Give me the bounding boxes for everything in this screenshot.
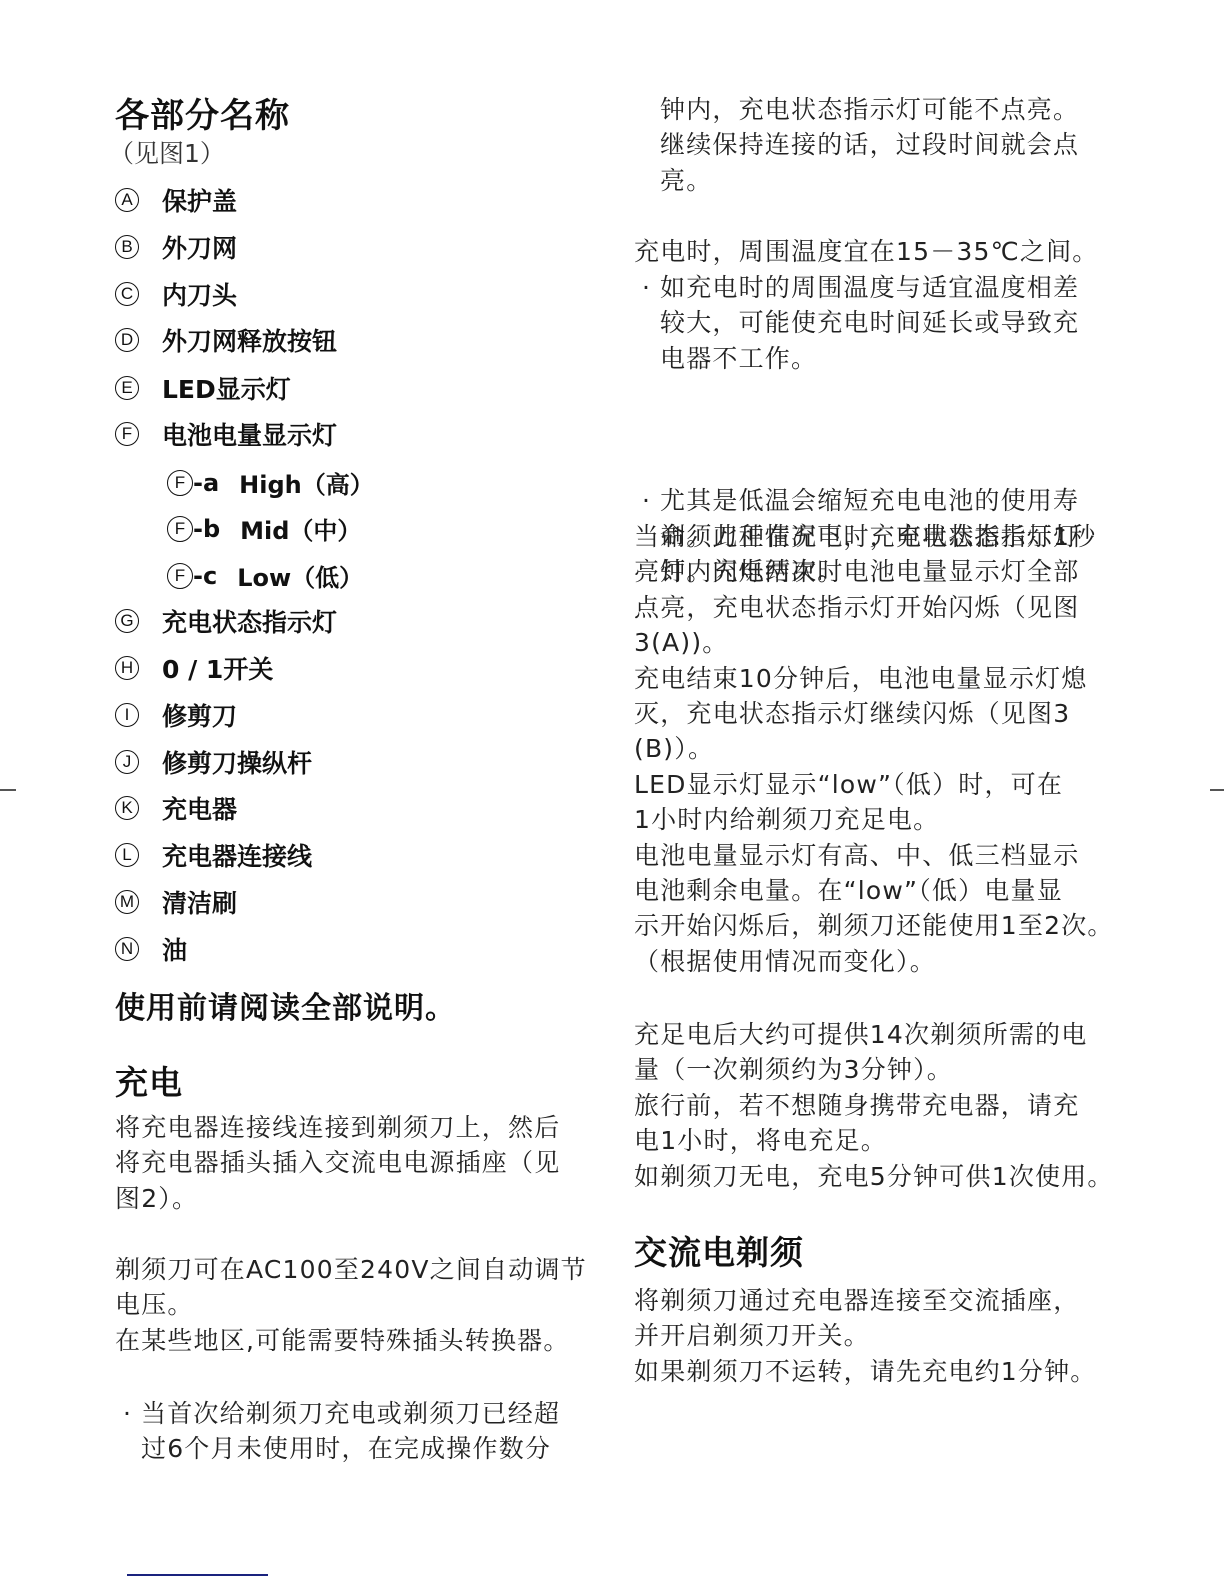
part-item: K充电器 bbox=[115, 790, 237, 826]
part-item: G充电状态指示灯 bbox=[115, 603, 337, 639]
part-item: C内刀头 bbox=[115, 276, 237, 312]
part-item: I修剪刀 bbox=[115, 697, 237, 733]
circled-letter-icon: G bbox=[115, 609, 139, 633]
temperature-bullet-1: · 如充电时的周围温度与适宜温度相差 较大，可能使充电时间延长或导致充 电器不工… bbox=[634, 270, 1124, 376]
circled-letter-icon: A bbox=[115, 188, 139, 212]
circled-letter-icon: D bbox=[115, 328, 139, 352]
part-item: H0 / 1开关 bbox=[115, 650, 273, 686]
circled-letter-icon: H bbox=[115, 656, 139, 680]
circled-letter-icon: N bbox=[115, 937, 139, 961]
sub-part-item: F-aHigh（高） bbox=[167, 465, 374, 500]
part-item: J修剪刀操纵杆 bbox=[115, 744, 312, 780]
footer-rule bbox=[127, 1574, 268, 1576]
section-title-ac-shaving: 交流电剃须 bbox=[634, 1227, 804, 1274]
temperature-note: 充电时，周围温度宜在15－35℃之间。 bbox=[634, 234, 1099, 269]
part-item: A保护盖 bbox=[115, 182, 237, 218]
section-title-charging: 充电 bbox=[115, 1057, 183, 1104]
bullet-dot-icon: · bbox=[123, 1396, 132, 1431]
right-column: 钟内，充电状态指示灯可能不点亮。 继续保持连接的话，过段时间就会点 亮。 充电时… bbox=[634, 0, 1124, 212]
part-item: N油 bbox=[115, 931, 187, 967]
ac-shaving-paragraph: 将剃须刀通过充电器连接至交流插座， 并开启剃须刀开关。 如果剃须刀不运转，请先充… bbox=[634, 1283, 1097, 1389]
circled-letter-icon: B bbox=[115, 235, 139, 259]
part-item: F电池电量显示灯 bbox=[115, 416, 337, 452]
circled-letter-icon: F bbox=[115, 422, 139, 446]
sub-part-item: F-bMid（中） bbox=[167, 511, 361, 546]
first-charge-bullet: · 当首次给剃须刀充电或剃须刀已经超 过6个月未使用时，在完成操作数分 bbox=[115, 1396, 595, 1467]
circled-letter-icon: I bbox=[115, 703, 139, 727]
sub-part-item: F-cLow（低） bbox=[167, 558, 363, 593]
part-item: ELED显示灯 bbox=[115, 370, 291, 406]
part-item: M清洁刷 bbox=[115, 884, 237, 920]
circled-letter-icon: J bbox=[115, 750, 139, 774]
charging-status-paragraph: 当剃须刀正在充电时，充电状态指示灯 亮灯。充电结束时电池电量显示灯全部 点亮，充… bbox=[634, 519, 1114, 979]
circled-letter-icon: E bbox=[115, 376, 139, 400]
circled-letter-icon: M bbox=[115, 890, 139, 914]
bullet-dot-icon: · bbox=[642, 270, 651, 305]
part-item: B外刀网 bbox=[115, 229, 237, 265]
left-column: 各部分名称 （见图1） A保护盖 B外刀网 C内刀头 D外刀网释放按钮 ELED… bbox=[115, 0, 595, 71]
battery-capacity-paragraph: 充足电后大约可提供14次剃须所需的电 量（一次剃须约为3分钟）。 旅行前，若不想… bbox=[634, 1017, 1114, 1194]
circled-letter-icon: F bbox=[167, 470, 193, 496]
charging-paragraph-1: 将充电器连接线连接到剃须刀上，然后 将充电器插头插入交流电电源插座（见 图2）。 bbox=[115, 1110, 560, 1216]
circled-letter-icon: K bbox=[115, 796, 139, 820]
continued-bullet-text: 钟内，充电状态指示灯可能不点亮。 继续保持连接的话，过段时间就会点 亮。 bbox=[660, 92, 1079, 198]
see-figure-note: （见图1） bbox=[109, 134, 225, 170]
circled-letter-icon: F bbox=[167, 516, 193, 542]
part-item: L充电器连接线 bbox=[115, 837, 312, 873]
read-instructions-notice: 使用前请阅读全部说明。 bbox=[115, 983, 456, 1027]
right-fold-mark bbox=[1210, 789, 1224, 791]
bullet-dot-icon: · bbox=[642, 483, 651, 518]
charging-paragraph-2: 剃须刀可在AC100至240V之间自动调节 电压。 在某些地区,可能需要特殊插头… bbox=[115, 1252, 587, 1358]
part-item: D外刀网释放按钮 bbox=[115, 322, 337, 358]
circled-letter-icon: L bbox=[115, 843, 139, 867]
section-title-part-names: 各部分名称 bbox=[115, 88, 290, 137]
circled-letter-icon: C bbox=[115, 282, 139, 306]
left-fold-mark bbox=[0, 789, 16, 791]
circled-letter-icon: F bbox=[167, 563, 193, 589]
